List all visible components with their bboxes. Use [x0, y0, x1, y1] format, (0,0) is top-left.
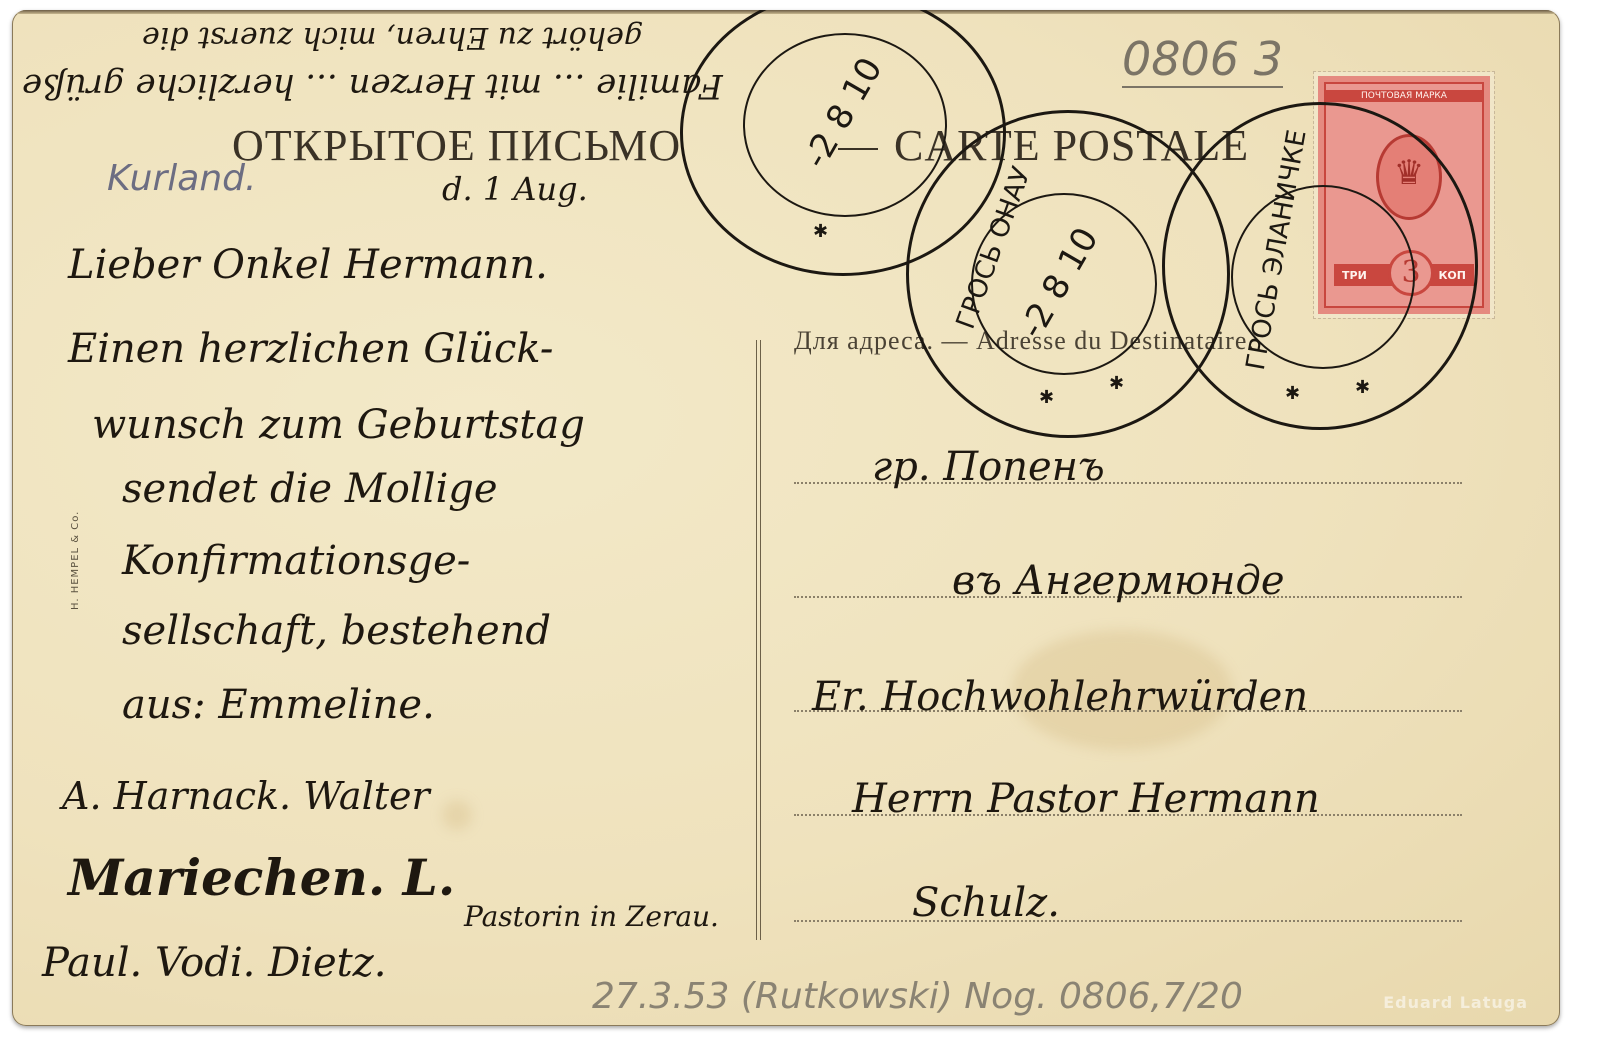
address-line — [794, 920, 1462, 922]
address-line-text: гр. Попенъ — [872, 444, 1105, 490]
signature-line: A. Harnack. Walter — [62, 774, 430, 818]
address-line-text: Er. Hochwohlehrwürden — [812, 674, 1308, 720]
star-icon: ✱ — [1039, 387, 1054, 408]
address-line-text: Schulz. — [912, 880, 1060, 926]
location-note: Kurland. — [107, 158, 256, 199]
star-icon: ✱ — [1355, 377, 1370, 398]
watermark: Eduard Latuga — [1383, 993, 1528, 1012]
message-line: sellschaft, bestehend — [122, 608, 551, 654]
message-line: aus: Emmeline. — [122, 682, 435, 728]
signature-line: Pastorin in Zerau. — [464, 900, 719, 933]
postmark-3: ГРОСЬ ЭЛАНИЧКЕ ✱ ✱ — [1162, 102, 1478, 430]
upside-down-text: gehört zu Ehren, mich zuerst die — [142, 20, 643, 55]
pencil-inscription: 27.3.53 (Rutkowski) Nog. 0806,7/20 — [592, 976, 1243, 1017]
message-line: wunsch zum Geburtstag — [92, 402, 585, 448]
message-line: Lieber Onkel Hermann. — [68, 242, 548, 288]
address-line-text: въ Ангермюнде — [952, 558, 1285, 604]
upside-down-text: Familie ... mit Herzen ... herzliche grü… — [22, 66, 723, 106]
signature-line: Paul. Vodi. Dietz. — [42, 940, 386, 986]
address-line-text: Herrn Pastor Hermann — [852, 776, 1320, 822]
message-line: sendet die Mollige — [122, 466, 498, 512]
signature-line: Mariechen. L. — [68, 848, 455, 907]
stamp-header: ПОЧТОВАЯ МАРКА — [1326, 90, 1482, 102]
star-icon: ✱ — [813, 221, 828, 242]
message-line: Einen herzlichen Glück- — [68, 326, 553, 372]
star-icon: ✱ — [1285, 383, 1300, 404]
stain — [442, 800, 472, 830]
letter-date: d. 1 Aug. — [442, 170, 588, 208]
catalog-number: 0806 3 — [1122, 32, 1283, 88]
center-divider — [756, 340, 761, 940]
postcard: ОТКРЫТОЕ ПИСЬМО CARTE POSTALE Для адреса… — [12, 10, 1560, 1026]
publisher-imprint: H. HEMPEL & Co. — [70, 511, 81, 610]
star-icon: ✱ — [1109, 373, 1124, 394]
message-line: Konfirmationsge- — [122, 538, 470, 584]
printed-title-russian: ОТКРЫТОЕ ПИСЬМО — [232, 120, 681, 171]
